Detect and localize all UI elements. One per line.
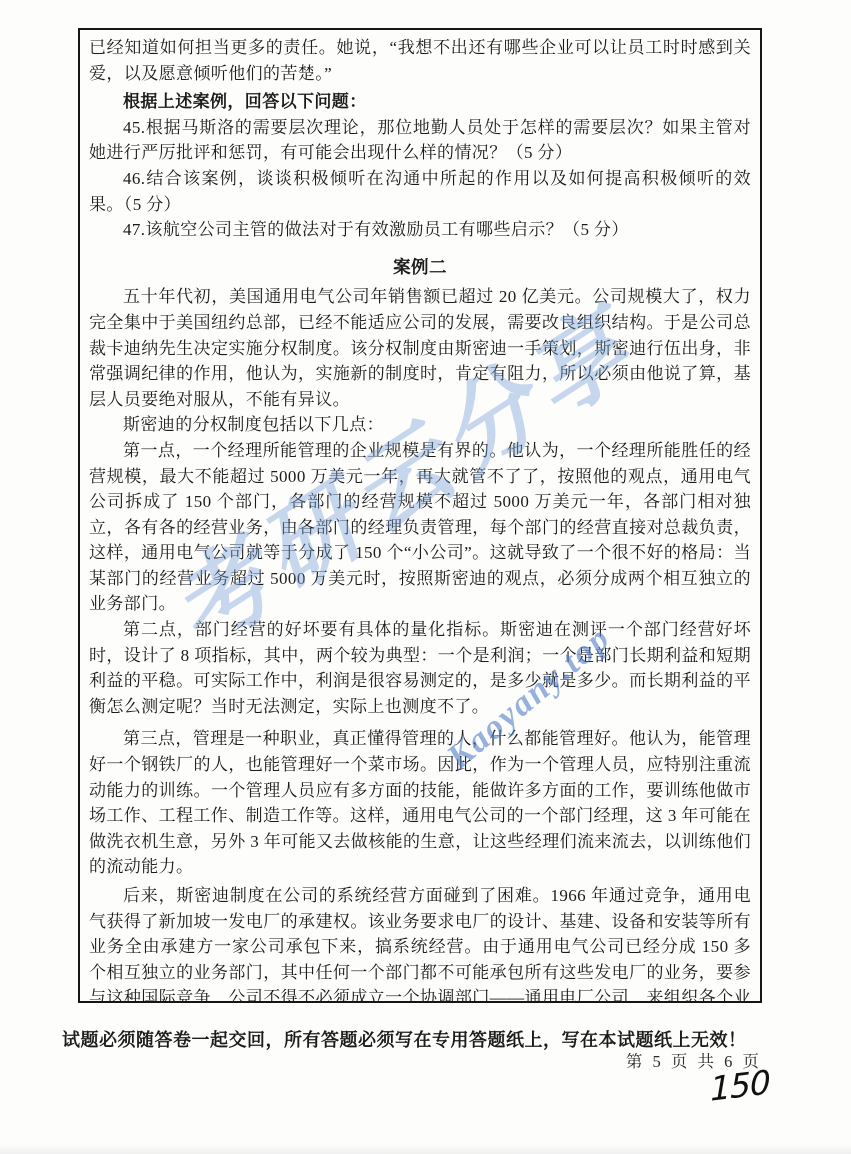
- case2-paragraph-point3: 第三点，管理是一种职业，真正懂得管理的人，什么都能管理好。他认为，能管理好一个钢…: [89, 726, 751, 880]
- case2-paragraph-lead: 斯密迪的分权制度包括以下几点：: [89, 412, 751, 438]
- carryover-paragraph: 已经知道如何担当更多的责任。她说，“我想不出还有哪些企业可以让员工时时感到关爱，…: [89, 35, 751, 86]
- question-paper-frame: 已经知道如何担当更多的责任。她说，“我想不出还有哪些企业可以让员工时时感到关爱，…: [78, 28, 762, 1003]
- question-46: 46.结合该案例，谈谈积极倾听在沟通中所起的作用以及如何提高积极倾听的效果。（5…: [89, 166, 751, 217]
- case2-paragraph-point1: 第一点，一个经理所能管理的企业规模是有界的。他认为，一个经理所能胜任的经营规模，…: [89, 438, 751, 617]
- scan-edge-shadow: [0, 1144, 851, 1154]
- handwritten-score: 150: [710, 1062, 770, 1109]
- question-45: 45.根据马斯洛的需要层次理论，那位地勤人员处于怎样的需要层次？如果主管对她进行…: [89, 115, 751, 166]
- case2-paragraph-intro: 五十年代初，美国通用电气公司年销售额已超过 20 亿美元。公司规模大了，权力完全…: [89, 284, 751, 412]
- case2-title: 案例二: [89, 255, 751, 281]
- case2-paragraph-point2: 第二点，部门经营的好坏要有具体的量化指标。斯密迪在测评一个部门经营好坏时，设计了…: [89, 617, 751, 719]
- question-47: 47.该航空公司主管的做法对于有效激励员工有哪些启示？（5 分）: [89, 217, 751, 243]
- answer-prompt: 根据上述案例，回答以下问题：: [89, 89, 751, 115]
- case2-paragraph-later: 后来，斯密迪制度在公司的系统经营方面碰到了困难。1966 年通过竞争，通用电气获…: [89, 883, 751, 1003]
- scanned-exam-page: 已经知道如何担当更多的责任。她说，“我想不出还有哪些企业可以让员工时时感到关爱，…: [0, 0, 851, 1154]
